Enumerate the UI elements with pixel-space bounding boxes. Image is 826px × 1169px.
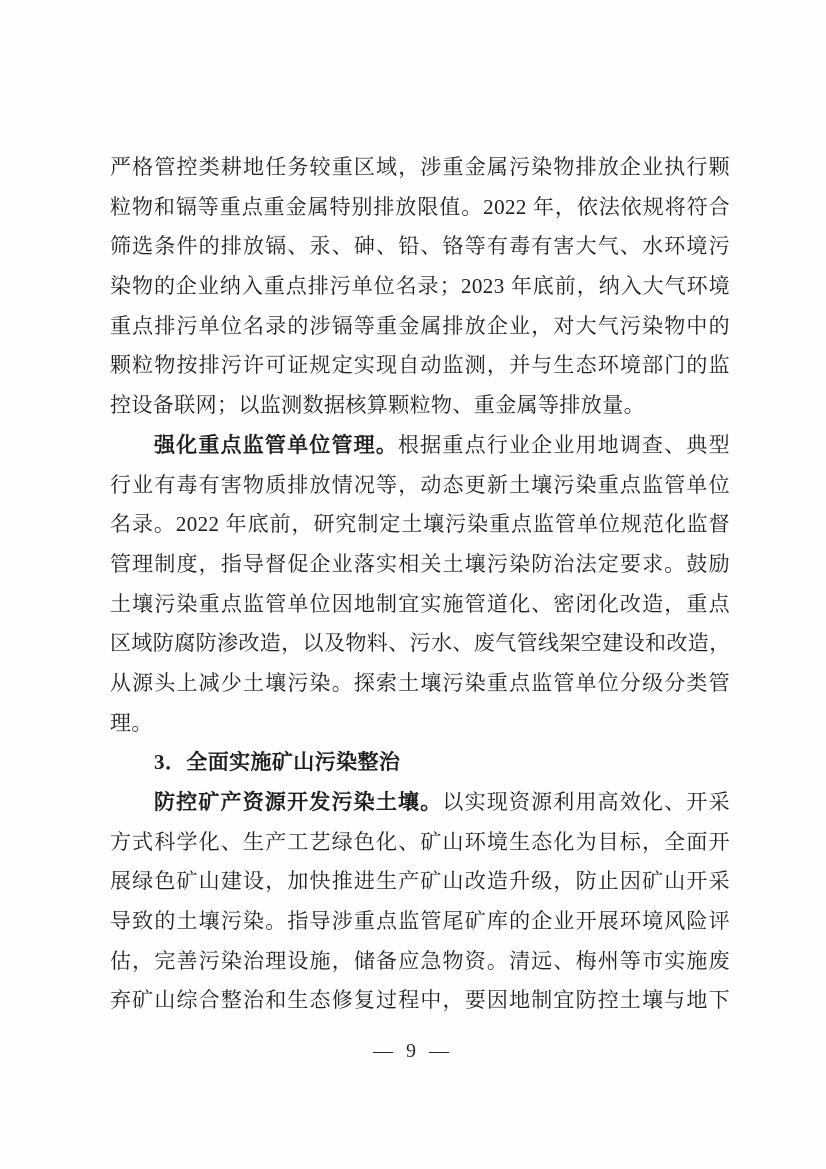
text-line: 管理制度，指导督促企业落实相关土壤污染防治法定要求。鼓励 — [110, 545, 730, 585]
line-text: 筛选条件的排放镉、汞、砷、铅、铬等有毒有害大气、水环境污 — [110, 234, 730, 258]
line-text: 导致的土壤污染。指导涉重点监管尾矿库的企业开展环境风险评 — [110, 909, 730, 933]
text-line: 染物的企业纳入重点排污单位名录；2023 年底前，纳入大气环境 — [110, 267, 730, 307]
paragraph-lead-line: 防控矿产资源开发污染土壤。以实现资源利用高效化、开采 — [110, 783, 730, 823]
page-footer: — 9 — — [0, 1040, 826, 1063]
text-line: 行业有毒有害物质排放情况等，动态更新土壤污染重点监管单位 — [110, 466, 730, 506]
document-page: 严格管控类耕地任务较重区域，涉重金属污染物排放企业执行颗 粒物和镉等重点重金属特… — [0, 0, 826, 1169]
document-body: 严格管控类耕地任务较重区域，涉重金属污染物排放企业执行颗 粒物和镉等重点重金属特… — [110, 148, 730, 1021]
page-number: — 9 — — [373, 1040, 453, 1062]
text-line: 粒物和镉等重点重金属特别排放限值。2022 年，依法依规将符合 — [110, 188, 730, 228]
paragraph-lead-line: 强化重点监管单位管理。根据重点行业企业用地调查、典型 — [110, 426, 730, 466]
line-text: 展绿色矿山建设，加快推进生产矿山改造升级，防止因矿山开采 — [110, 869, 730, 893]
line-text: 弃矿山综合整治和生态修复过程中，要因地制宜防控土壤与地下 — [110, 988, 730, 1012]
text-line: 名录。2022 年底前，研究制定土壤污染重点监管单位规范化监督 — [110, 505, 730, 545]
text-line: 土壤污染重点监管单位因地制宜实施管道化、密闭化改造，重点 — [110, 585, 730, 625]
text-line: 方式科学化、生产工艺绿色化、矿山环境生态化为目标，全面开 — [110, 823, 730, 863]
bold-run-heading: 防控矿产资源开发污染土壤。 — [154, 790, 442, 814]
line-text: 土壤污染重点监管单位因地制宜实施管道化、密闭化改造，重点 — [110, 592, 730, 616]
line-text: 行业有毒有害物质排放情况等，动态更新土壤污染重点监管单位 — [110, 473, 730, 497]
text-line: 展绿色矿山建设，加快推进生产矿山改造升级，防止因矿山开采 — [110, 862, 730, 902]
section-heading-text: 3．全面实施矿山污染整治 — [154, 750, 400, 774]
text-line: 控设备联网；以监测数据核算颗粒物、重金属等排放量。 — [110, 386, 730, 426]
line-text: 区域防腐防渗改造，以及物料、污水、废气管线架空建设和改造， — [110, 631, 731, 655]
line-text: 粒物和镉等重点重金属特别排放限值。2022 年，依法依规将符合 — [110, 195, 730, 219]
text-line: 区域防腐防渗改造，以及物料、污水、废气管线架空建设和改造， — [110, 624, 730, 664]
text-line: 严格管控类耕地任务较重区域，涉重金属污染物排放企业执行颗 — [110, 148, 730, 188]
text-line: 估，完善污染治理设施，储备应急物资。清远、梅州等市实施废 — [110, 942, 730, 982]
line-text: 严格管控类耕地任务较重区域，涉重金属污染物排放企业执行颗 — [110, 155, 730, 179]
line-text: 管理制度，指导督促企业落实相关土壤污染防治法定要求。鼓励 — [110, 552, 730, 576]
line-text: 从源头上减少土壤污染。探索土壤污染重点监管单位分级分类管 — [110, 671, 730, 695]
text-line: 从源头上减少土壤污染。探索土壤污染重点监管单位分级分类管 — [110, 664, 730, 704]
line-text: 理。 — [110, 711, 153, 735]
line-text: 颗粒物按排污许可证规定实现自动监测，并与生态环境部门的监 — [110, 353, 730, 377]
text-line: 导致的土壤污染。指导涉重点监管尾矿库的企业开展环境风险评 — [110, 902, 730, 942]
line-text: 方式科学化、生产工艺绿色化、矿山环境生态化为目标，全面开 — [110, 830, 730, 854]
line-text: 以实现资源利用高效化、开采 — [442, 790, 730, 814]
line-text: 名录。2022 年底前，研究制定土壤污染重点监管单位规范化监督 — [110, 512, 730, 536]
line-text: 控设备联网；以监测数据核算颗粒物、重金属等排放量。 — [110, 393, 645, 417]
line-text: 重点排污单位名录的涉镉等重金属排放企业，对大气污染物中的 — [110, 314, 730, 338]
text-line: 弃矿山综合整治和生态修复过程中，要因地制宜防控土壤与地下 — [110, 981, 730, 1021]
section-heading: 3．全面实施矿山污染整治 — [110, 743, 730, 783]
line-text: 染物的企业纳入重点排污单位名录；2023 年底前，纳入大气环境 — [110, 274, 730, 298]
line-text: 根据重点行业企业用地调查、典型 — [398, 433, 730, 457]
text-line: 筛选条件的排放镉、汞、砷、铅、铬等有毒有害大气、水环境污 — [110, 227, 730, 267]
text-line: 理。 — [110, 704, 730, 744]
line-text: 估，完善污染治理设施，储备应急物资。清远、梅州等市实施废 — [110, 949, 730, 973]
bold-run-heading: 强化重点监管单位管理。 — [154, 433, 398, 457]
text-line: 重点排污单位名录的涉镉等重金属排放企业，对大气污染物中的 — [110, 307, 730, 347]
text-line: 颗粒物按排污许可证规定实现自动监测，并与生态环境部门的监 — [110, 346, 730, 386]
